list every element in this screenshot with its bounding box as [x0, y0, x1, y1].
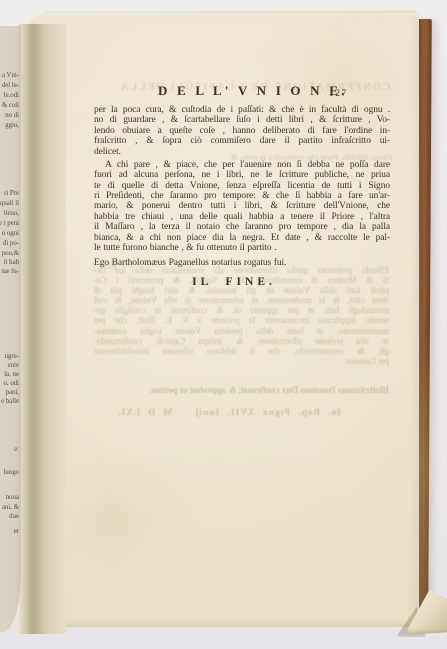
fragment: e balle [1, 398, 19, 405]
text-line: fuori ad alcuna perſona, ne i libri, ne … [94, 170, 390, 180]
bleed-line: trouandogli fatti, et per appunto ui, & … [94, 305, 389, 315]
fragment: e i peni [0, 220, 19, 227]
fragment: quali ſi [0, 200, 19, 207]
text-line: ri Preſidenti, che ſaranno pro tempore: … [94, 191, 390, 201]
il-fine-colophon: IL FINE. [94, 276, 374, 288]
bleed-line: nerale; ſupplicano incontanente la preſe… [94, 315, 389, 325]
fragment: næ fu- [1, 268, 19, 275]
fragment: noua [6, 494, 19, 501]
fragment: del le- [2, 82, 19, 89]
bleed-date-line: Io. Bap. Pigna XVII. Iunij M D LXI. [94, 408, 364, 418]
text-line: mario, & ponerui dentro tutti i libri, &… [94, 201, 390, 211]
text-line: no di guardare , & ſcartabellare ſuſo i … [94, 115, 390, 125]
fragment: due [9, 513, 19, 520]
bleed-line: gli, & commettendo, che ſi debbano oſſer… [94, 346, 389, 356]
text-line: te di quelle di detta Vnione, ſenza eſpr… [94, 181, 390, 191]
bleed-confirmation-line: Illuſtriſsimus Dominus Dux confirmat, & … [94, 385, 389, 395]
fragment: pani, [6, 389, 19, 396]
running-header: D E L L' V N I O N E. [158, 83, 348, 99]
fragment: no di [5, 112, 19, 119]
fragment: e: [14, 446, 19, 453]
fragment: ente [8, 362, 19, 369]
fragment: pou,& [2, 250, 19, 257]
facing-page-edge: a Vni- del le- le,odi & coſi no di ggio,… [0, 26, 21, 632]
fragment: ani, & [2, 504, 19, 511]
fragment: le,odi [4, 92, 19, 99]
book-page: CONFERMATIONE DE I CAPITOLI DELLA Ottau.… [30, 13, 419, 627]
text-line: fraſcritto , & ſopra ciò commiſero dare … [94, 136, 390, 146]
notary-line: Ego Bartholomæus Paganellus notarius rog… [94, 258, 390, 268]
text-line: le tutte furono bianche , & fu ottenuto … [94, 243, 390, 253]
text-line: bianca, & a chi non piace dia la negra. … [94, 233, 390, 243]
bleed-line: detta città, & la moderatione, et reform… [94, 295, 389, 305]
fragment: er [14, 528, 19, 535]
text-line: habbia tre chiaui , una delle quali habb… [94, 212, 390, 222]
body-text: per la poca cura, & cuſtodia de i paſſat… [94, 105, 390, 269]
text-line: per la poca cura, & cuſtodia de i paſſat… [94, 105, 390, 115]
text-line: delicet. [94, 147, 390, 157]
fragment: ſi hab [4, 259, 19, 266]
fragment: ggio, [5, 122, 19, 129]
page-number: 127 [329, 89, 348, 99]
bleed-line: mantenimento, et bene della predetta Vni… [94, 326, 389, 336]
fragment: di po- [3, 240, 19, 247]
fragment: o ogni [2, 230, 19, 237]
fragment: ri Pre [4, 190, 19, 197]
fragment: & coſi [2, 102, 19, 109]
book-photograph: CONFERMATIONE DE I CAPITOLI DELLA Ottau.… [0, 0, 447, 649]
bleed-line: per l'auenire. [94, 356, 389, 366]
text-line: A chi pare , & piace, che per l'auenire … [94, 160, 390, 170]
fragment: ſieno, [4, 210, 19, 217]
fragment: ngre- [5, 353, 19, 360]
gutter-shadow [18, 24, 66, 634]
bleed-line: re alla preſente riformatione, & antiqui… [94, 336, 389, 346]
text-line: lendo obuiare a queſte coſe , hanno deli… [94, 126, 390, 136]
fragment: ſa, ne [4, 371, 19, 378]
fragment: luogo [4, 469, 19, 476]
text-line: il Maſſaro , la terza il notaio che ſara… [94, 222, 390, 232]
fragment: a Vni- [2, 72, 19, 79]
fragment: o, odi [4, 380, 19, 387]
